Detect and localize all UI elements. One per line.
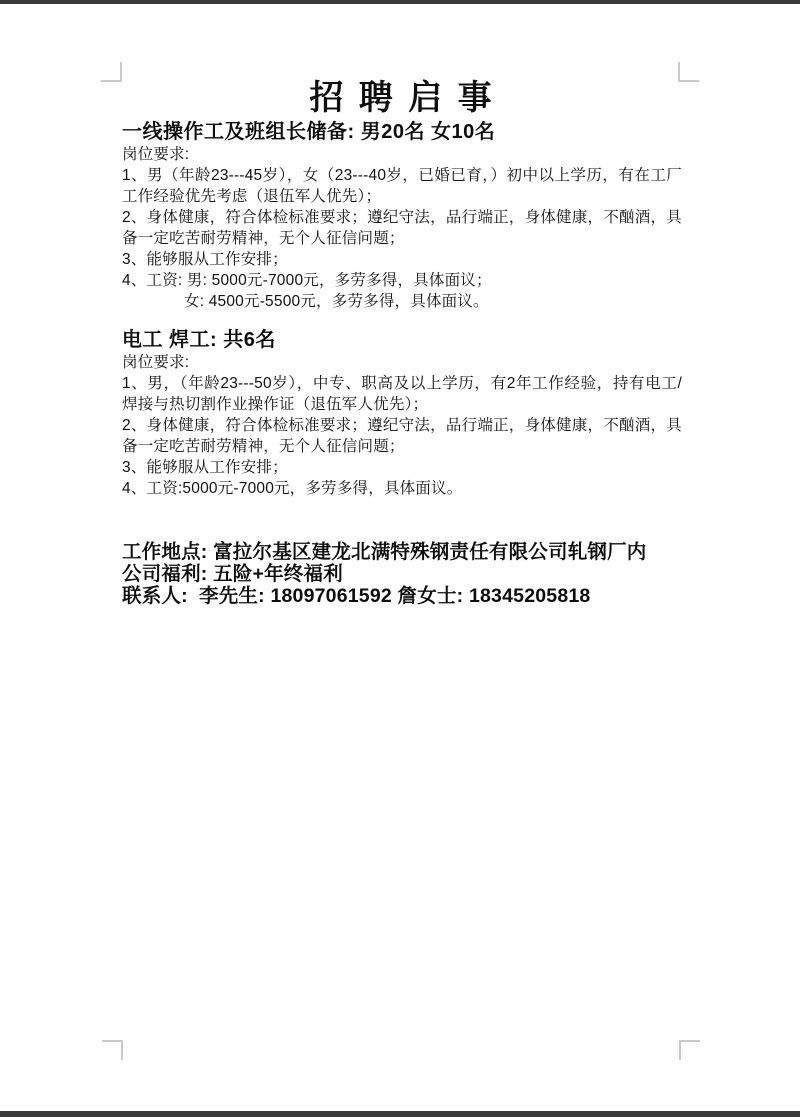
requirement-item: 1、男（年龄23---45岁），女（23---40岁，已婚已育，）初中以上学历，… bbox=[122, 165, 682, 207]
requirement-item: 4、工资:5000元-7000元，多劳多得，具体面议。 bbox=[122, 478, 682, 499]
scan-edge-bottom bbox=[0, 1111, 800, 1117]
text-boundary-mark-top-right bbox=[678, 62, 699, 82]
requirement-item: 4、工资: 男: 5000元-7000元，多劳多得，具体面议； bbox=[122, 270, 682, 291]
section-electrician-heading: 电工 焊工: 共6名 bbox=[122, 329, 682, 352]
section-operators: 一线操作工及班组长储备: 男20名 女10名 岗位要求: 1、男（年龄23---… bbox=[122, 121, 682, 312]
section-electrician-welder: 电工 焊工: 共6名 岗位要求: 1、男，（年龄23---50岁），中专、职高及… bbox=[122, 329, 682, 499]
text-boundary-mark-bottom-left bbox=[102, 1040, 123, 1060]
company-benefits-line: 公司福利: 五险+年终福利 bbox=[122, 563, 682, 585]
text-boundary-mark-bottom-right bbox=[679, 1040, 700, 1060]
requirement-item: 2、身体健康，符合体检标准要求；遵纪守法，品行端正，身体健康，不酗酒，具备一定吃… bbox=[122, 207, 682, 249]
section-operators-heading: 一线操作工及班组长储备: 男20名 女10名 bbox=[122, 121, 682, 144]
text-boundary-mark-top-left bbox=[101, 62, 122, 82]
page-title: 招 聘 启 事 bbox=[122, 80, 682, 116]
notice-content: 招 聘 启 事 一线操作工及班组长储备: 男20名 女10名 岗位要求: 1、男… bbox=[122, 80, 682, 607]
contact-info-line: 联系人: 李先生: 18097061592 詹女士: 18345205818 bbox=[122, 585, 682, 607]
section-electrician-requirements-label: 岗位要求: bbox=[122, 352, 682, 373]
requirement-item: 3、能够服从工作安排； bbox=[122, 457, 682, 478]
requirement-item: 2、身体健康，符合体检标准要求；遵纪守法，品行端正，身体健康，不酗酒，具备一定吃… bbox=[122, 415, 682, 457]
requirement-item: 3、能够服从工作安排； bbox=[122, 249, 682, 270]
scan-edge-top bbox=[0, 0, 800, 4]
footer-info: 工作地点: 富拉尔基区建龙北满特殊钢责任有限公司轧钢厂内 公司福利: 五险+年终… bbox=[122, 541, 682, 607]
requirement-item: 1、男，（年龄23---50岁），中专、职高及以上学历，有2年工作经验，持有电工… bbox=[122, 373, 682, 415]
work-location-line: 工作地点: 富拉尔基区建龙北满特殊钢责任有限公司轧钢厂内 bbox=[122, 541, 682, 563]
section-operators-requirements-label: 岗位要求: bbox=[122, 144, 682, 165]
salary-female-line: 女: 4500元-5500元，多劳多得，具体面议。 bbox=[122, 291, 682, 312]
document-page: 招 聘 启 事 一线操作工及班组长储备: 男20名 女10名 岗位要求: 1、男… bbox=[0, 0, 800, 1117]
